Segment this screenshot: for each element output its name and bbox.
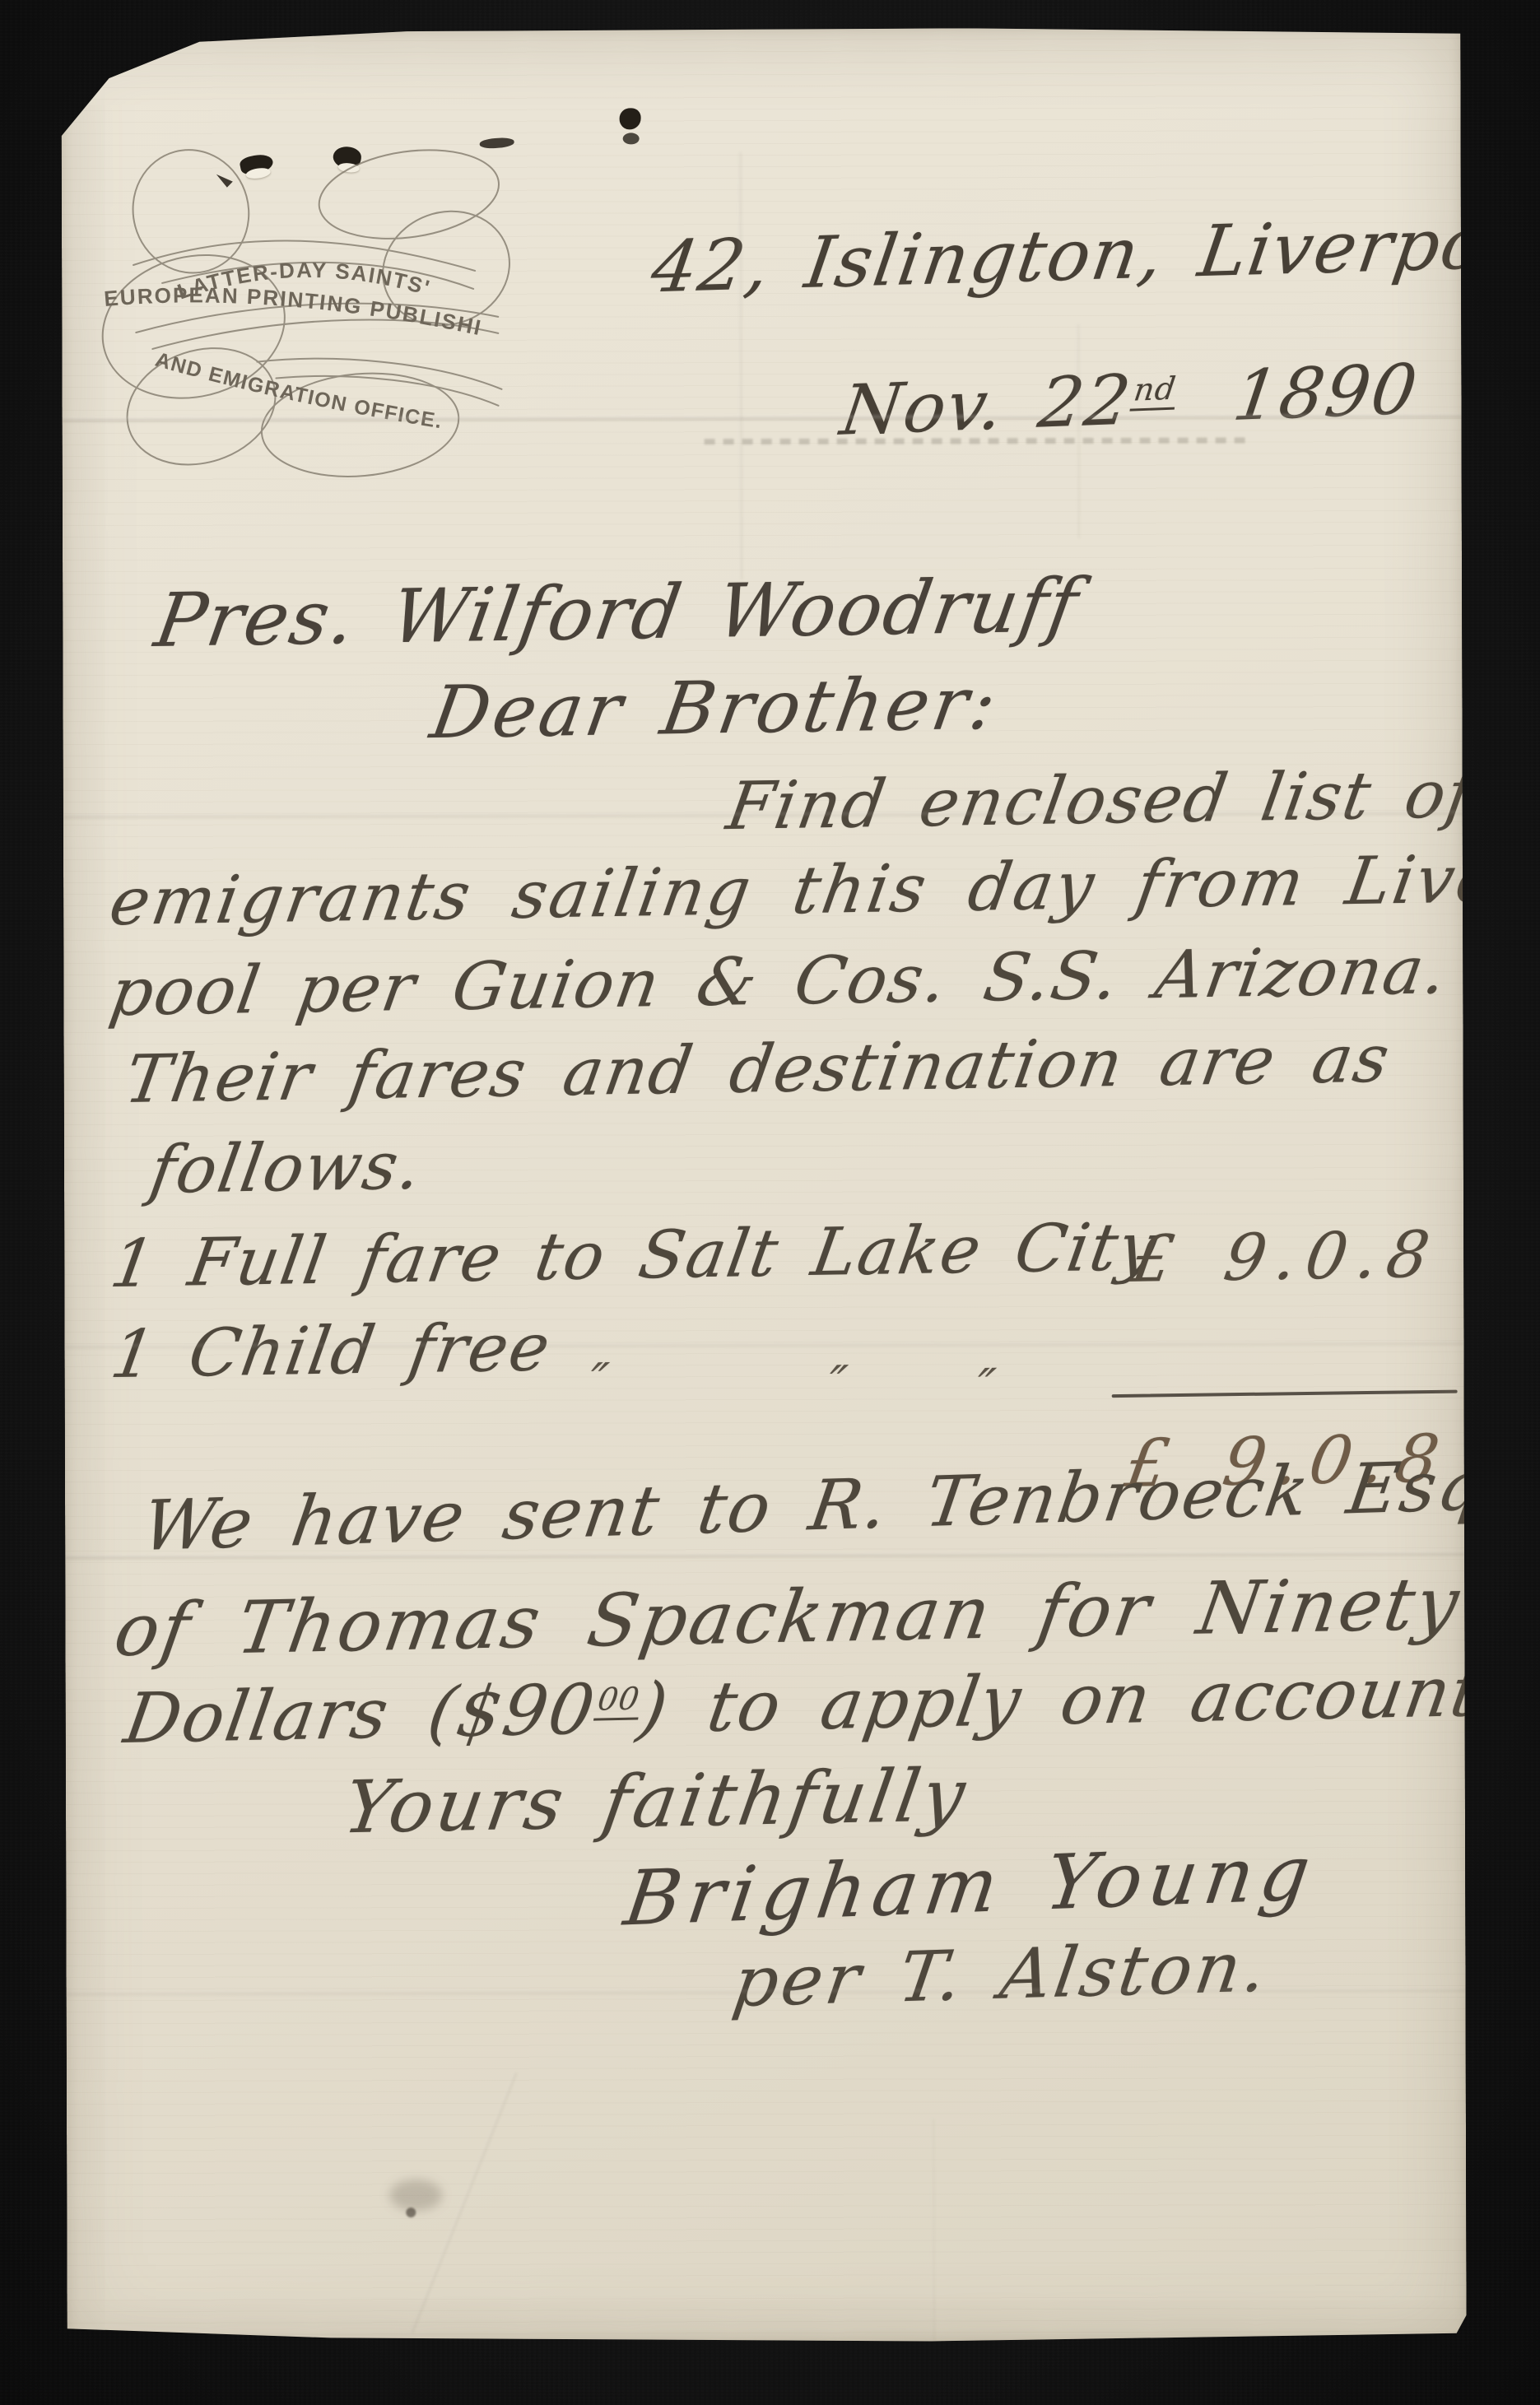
- staple-marks: [61, 27, 1460, 30]
- para2-line-1: We have sent to R. Tenbroeck Esq. check: [137, 1436, 1540, 1566]
- ditto-mark: ″: [824, 1355, 853, 1411]
- date-ordinal: nd: [1129, 370, 1180, 411]
- salutation-line: Dear Brother:: [426, 661, 1006, 755]
- body-line-4: Their fares and destination are as: [120, 1021, 1396, 1118]
- fare-row-1-label: 1 Full fare to Salt Lake City: [105, 1208, 1164, 1302]
- address-line: 42, Islington, Liverpool.: [646, 200, 1540, 309]
- ditto-mark: ″: [585, 1352, 614, 1408]
- crease-line: [410, 2072, 517, 2333]
- crease-line: [931, 2119, 935, 2341]
- fare-row-2-label: 1 Child free: [106, 1309, 557, 1393]
- body-line-2: emigrants sailing this day from Liver-: [105, 840, 1540, 940]
- date-prefix: Nov. 22: [836, 360, 1137, 451]
- body-line-3: pool per Guion & Cos. S.S. Arizona.: [105, 932, 1454, 1030]
- date-year: 1890: [1229, 349, 1424, 436]
- letterhead-stamp: LATTER-DAY SAINTS' EUROPEAN PRINTING PUB…: [88, 141, 583, 488]
- ink-smudge: [389, 2179, 442, 2211]
- svg-text:AND EMIGRATION OFFICE.: AND EMIGRATION OFFICE.: [153, 347, 444, 435]
- fare-row-1-amount: £ 9.0.8: [1126, 1218, 1444, 1297]
- letter-paper: LATTER-DAY SAINTS' EUROPEAN PRINTING PUB…: [61, 27, 1466, 2343]
- dollars-superscript: 00: [593, 1680, 644, 1720]
- stamp-ink-tick: [216, 174, 233, 188]
- per-line: per T. Alston.: [728, 1926, 1275, 2022]
- recipient-line: Pres. Wilford Woodruff: [149, 562, 1085, 664]
- date-line: Nov. 22nd1890: [836, 349, 1424, 451]
- ditto-mark: ″: [972, 1358, 1001, 1414]
- crease-line: [738, 152, 742, 580]
- para2-line-3-post: ) to apply on account.: [634, 1650, 1511, 1748]
- sum-rule: [1112, 1390, 1458, 1398]
- body-line-5: follows.: [145, 1127, 428, 1207]
- ink-smudge: [406, 2207, 416, 2217]
- para2-line-3-pre: Dollars ($90: [119, 1669, 602, 1759]
- valediction-line: Yours faithfully: [338, 1752, 974, 1849]
- body-line-1: Find enclosed list of: [722, 756, 1479, 844]
- signature-line: Brigham Young: [619, 1829, 1321, 1942]
- letterhead-arc-3: AND EMIGRATION OFFICE.: [153, 347, 444, 435]
